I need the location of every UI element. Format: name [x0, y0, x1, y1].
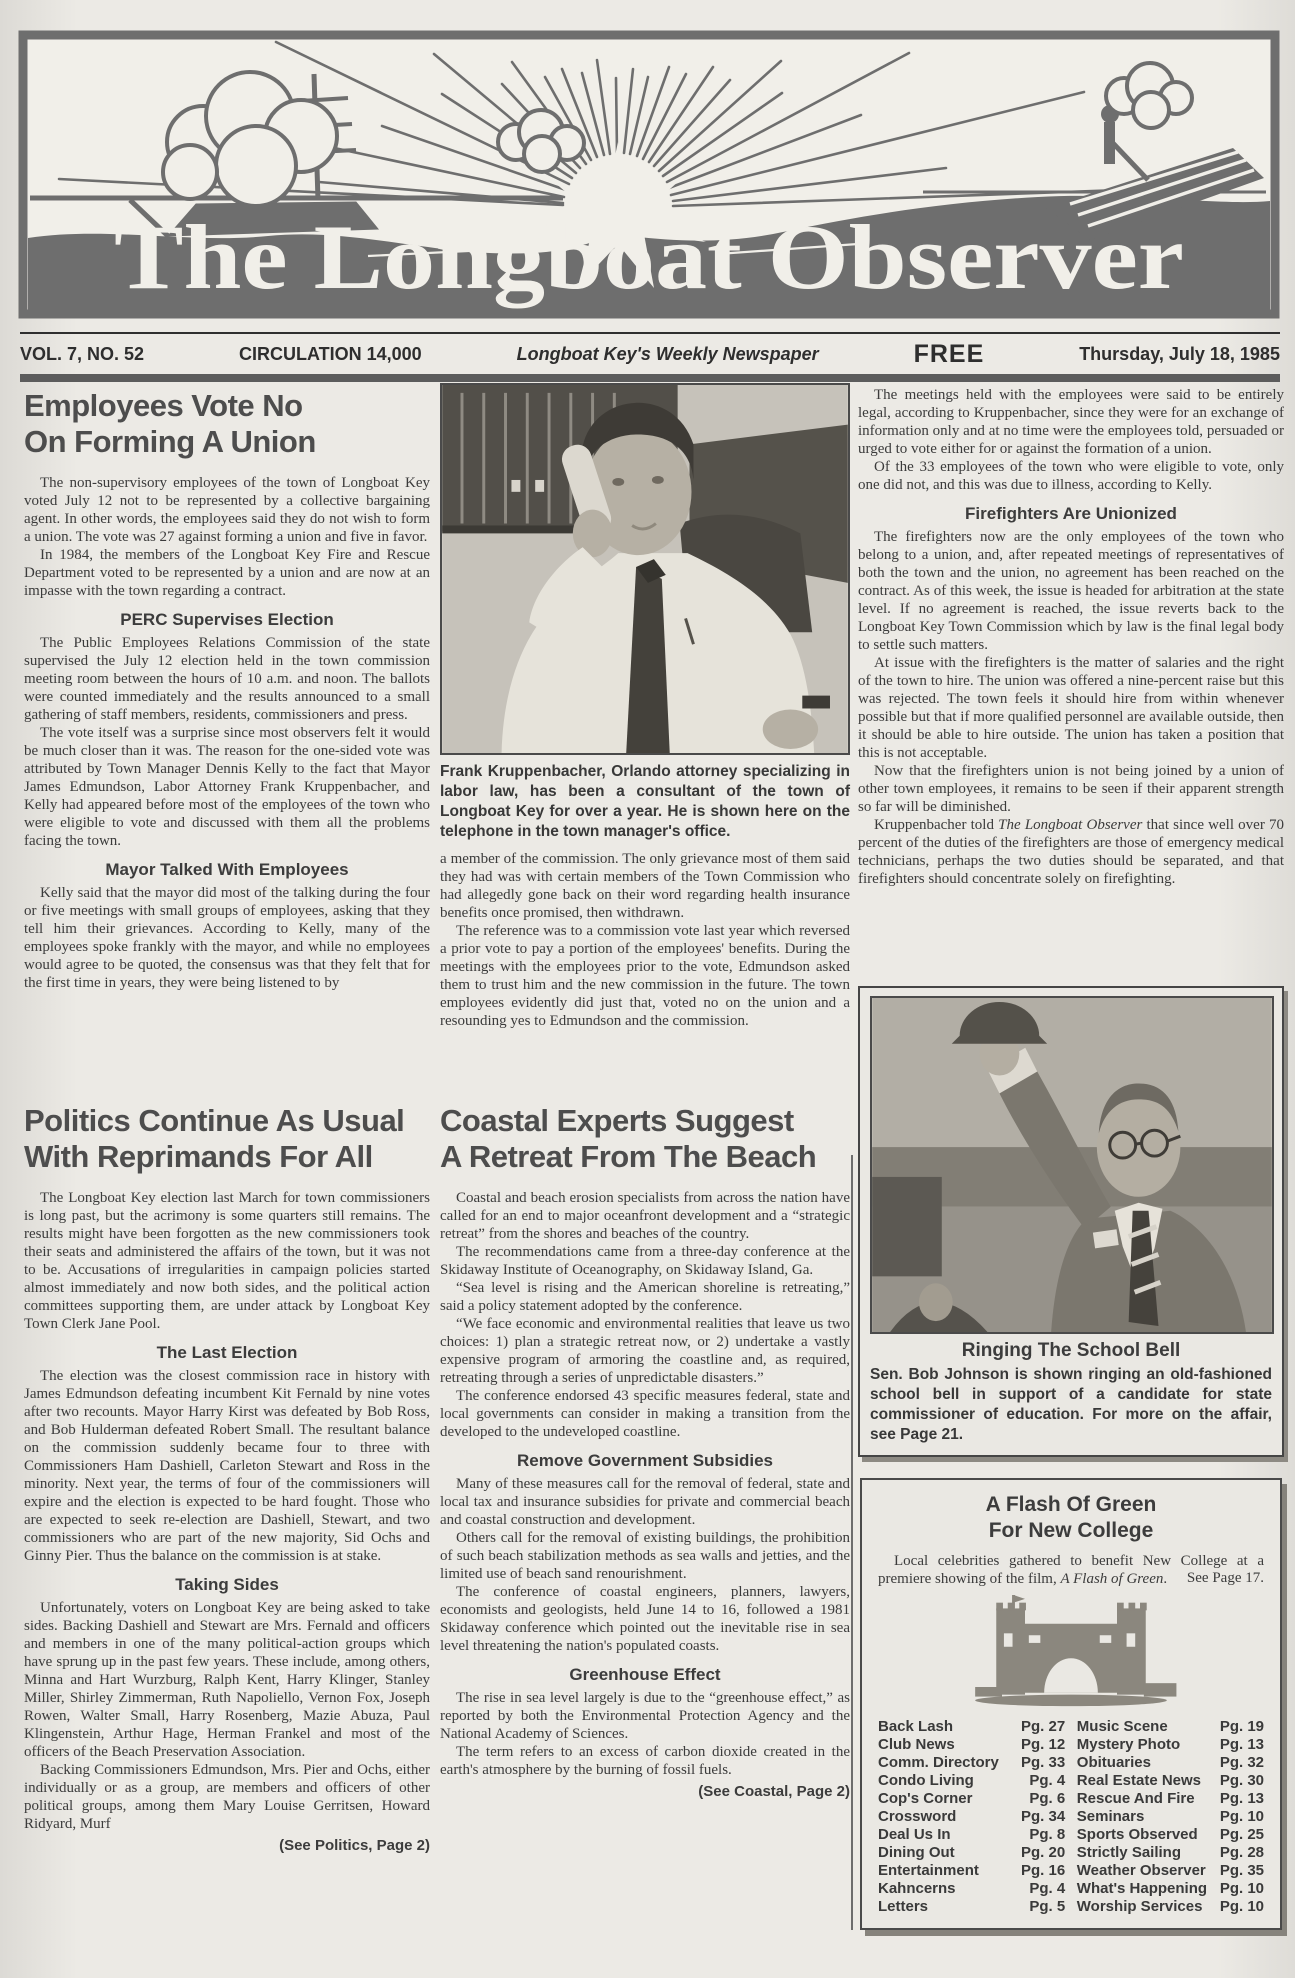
- article-paragraph: In 1984, the members of the Longboat Key…: [24, 546, 430, 600]
- article-paragraph: Others call for the removal of existing …: [440, 1529, 850, 1583]
- index-row: Rescue And FirePg. 13: [1077, 1790, 1264, 1808]
- index-row: Club NewsPg. 12: [878, 1736, 1065, 1754]
- article-paragraph: The conference endorsed 43 specific meas…: [440, 1387, 850, 1441]
- bystander-face: [919, 1283, 953, 1321]
- coastal-headline: Coastal Experts Suggest A Retreat From T…: [440, 1103, 850, 1175]
- index-row: Worship ServicesPg. 10: [1077, 1898, 1264, 1916]
- article-coastal: Coastal Experts Suggest A Retreat From T…: [440, 1103, 850, 1800]
- article-paragraph: The Public Employees Relations Commissio…: [24, 634, 430, 724]
- bell-photo-caption: Sen. Bob Johnson is shown ringing an old…: [870, 1365, 1272, 1445]
- index-row: CrosswordPg. 34: [878, 1808, 1065, 1826]
- index-row: What's HappeningPg. 10: [1077, 1880, 1264, 1898]
- union-headline: Employees Vote No On Forming A Union: [24, 388, 430, 460]
- article-union-col2: Frank Kruppenbacher, Orlando attorney sp…: [440, 383, 850, 1030]
- article-paragraph: Coastal and beach erosion specialists fr…: [440, 1189, 850, 1243]
- index-row: ObituariesPg. 32: [1077, 1754, 1264, 1772]
- article-paragraph: Kelly said that the mayor did most of th…: [24, 884, 430, 992]
- masthead-woodcut-scene: The Longboat Observer: [18, 30, 1280, 320]
- article-paragraph: Unfortunately, voters on Longboat Key ar…: [24, 1599, 430, 1761]
- politics-headline: Politics Continue As Usual With Repriman…: [24, 1103, 430, 1175]
- article-paragraph: At issue with the firefighters is the ma…: [858, 654, 1284, 762]
- article-politics: Politics Continue As Usual With Repriman…: [24, 1103, 430, 1854]
- article-union-col3: The meetings held with the employees wer…: [858, 386, 1284, 888]
- article-paragraph: The conference of coastal engineers, pla…: [440, 1583, 850, 1655]
- article-paragraph: “Sea level is rising and the American sh…: [440, 1279, 850, 1315]
- article-paragraph: The election was the closest commission …: [24, 1367, 430, 1565]
- index-row: Music ScenePg. 19: [1077, 1718, 1264, 1736]
- issue-info-bar: VOL. 7, NO. 52 CIRCULATION 14,000 Longbo…: [20, 332, 1280, 372]
- wristwatch: [802, 696, 830, 709]
- newspaper-page: { "masthead": { "title": "The Longboat O…: [0, 0, 1295, 1978]
- index-row: Back LashPg. 27: [878, 1718, 1065, 1736]
- article-paragraph: The meetings held with the employees wer…: [858, 386, 1284, 458]
- article-paragraph: Of the 33 employees of the town who were…: [858, 458, 1284, 494]
- college-gate-illustration: [956, 1595, 1186, 1710]
- index-row: SeminarsPg. 10: [1077, 1808, 1264, 1826]
- article-paragraph: “We face economic and environmental real…: [440, 1315, 850, 1387]
- subhead-greenhouse: Greenhouse Effect: [440, 1665, 850, 1685]
- index-row: Dining OutPg. 20: [878, 1844, 1065, 1862]
- paper-name-italic: The Longboat Observer: [998, 817, 1142, 833]
- article-paragraph: The recommendations came from a three-da…: [440, 1243, 850, 1279]
- article-paragraph: The firefighters now are the only employ…: [858, 528, 1284, 654]
- masthead-illustration: The Longboat Observer: [18, 30, 1280, 320]
- school-bell-photo: [870, 996, 1274, 1334]
- article-paragraph: The Longboat Key election last March for…: [24, 1189, 430, 1333]
- masthead-title: The Longboat Observer: [114, 206, 1184, 308]
- article-paragraph: The rise in sea level largely is due to …: [440, 1689, 850, 1743]
- article-union-col1: Employees Vote No On Forming A Union The…: [24, 388, 430, 992]
- politics-continuation: (See Politics, Page 2): [24, 1837, 430, 1854]
- article-paragraph: Many of these measures call for the remo…: [440, 1475, 850, 1529]
- article-paragraph: Kruppenbacher told The Longboat Observer…: [858, 816, 1284, 888]
- column-rule: [851, 1155, 853, 1930]
- circulation: CIRCULATION 14,000: [239, 344, 422, 365]
- article-paragraph: The vote itself was a surprise since mos…: [24, 724, 430, 850]
- school-bell-photo-box: Ringing The School Bell Sen. Bob Johnson…: [858, 986, 1284, 1457]
- kruppenbacher-photo: [440, 383, 850, 755]
- subhead-mayor-talked: Mayor Talked With Employees: [24, 860, 430, 880]
- pocket-square: [1093, 1229, 1119, 1248]
- contents-index: Back LashPg. 27 Club NewsPg. 12 Comm. Di…: [878, 1718, 1264, 1916]
- article-paragraph: The term refers to an excess of carbon d…: [440, 1743, 850, 1779]
- index-row: KahncernsPg. 4: [878, 1880, 1065, 1898]
- index-left-column: Back LashPg. 27 Club NewsPg. 12 Comm. Di…: [878, 1718, 1065, 1916]
- price-label: FREE: [914, 340, 985, 369]
- flash-box-title: A Flash Of Green For New College: [878, 1492, 1264, 1544]
- article-paragraph: Now that the firefighters union is not b…: [858, 762, 1284, 816]
- index-row: Cop's CornerPg. 6: [878, 1790, 1065, 1808]
- photo-caption: Frank Kruppenbacher, Orlando attorney sp…: [440, 762, 850, 842]
- subhead-firefighters: Firefighters Are Unionized: [858, 504, 1284, 524]
- index-row: EntertainmentPg. 16: [878, 1862, 1065, 1880]
- subhead-taking-sides: Taking Sides: [24, 1575, 430, 1595]
- article-paragraph: The reference was to a commission vote l…: [440, 922, 850, 1030]
- bell-photo-title: Ringing The School Bell: [870, 1340, 1272, 1362]
- flash-of-green-box: A Flash Of Green For New College Local c…: [860, 1478, 1282, 1930]
- index-row: Strictly SailingPg. 28: [1077, 1844, 1264, 1862]
- tagline: Longboat Key's Weekly Newspaper: [517, 344, 819, 365]
- index-row: Condo LivingPg. 4: [878, 1772, 1065, 1790]
- coastal-continuation: (See Coastal, Page 2): [440, 1783, 850, 1800]
- article-paragraph: a member of the commission. The only gri…: [440, 850, 850, 922]
- article-paragraph: Backing Commissioners Edmundson, Mrs. Pi…: [24, 1761, 430, 1833]
- index-row: Sports ObservedPg. 25: [1077, 1826, 1264, 1844]
- subhead-remove-subsidies: Remove Government Subsidies: [440, 1451, 850, 1471]
- article-paragraph: The non-supervisory employees of the tow…: [24, 474, 430, 546]
- index-row: LettersPg. 5: [878, 1898, 1065, 1916]
- subhead-perc: PERC Supervises Election: [24, 610, 430, 630]
- volume-number: VOL. 7, NO. 52: [20, 344, 144, 365]
- subhead-last-election: The Last Election: [24, 1343, 430, 1363]
- index-right-column: Music ScenePg. 19 Mystery PhotoPg. 13 Ob…: [1077, 1718, 1264, 1916]
- index-row: Mystery PhotoPg. 13: [1077, 1736, 1264, 1754]
- index-row: Comm. DirectoryPg. 33: [878, 1754, 1065, 1772]
- issue-date: Thursday, July 18, 1985: [1079, 344, 1280, 365]
- index-row: Deal Us InPg. 8: [878, 1826, 1065, 1844]
- film-title-italic: A Flash of Green: [1060, 1571, 1163, 1587]
- index-row: Weather ObserverPg. 35: [1077, 1862, 1264, 1880]
- index-row: Real Estate NewsPg. 30: [1077, 1772, 1264, 1790]
- masthead-divider-rule: [20, 374, 1280, 382]
